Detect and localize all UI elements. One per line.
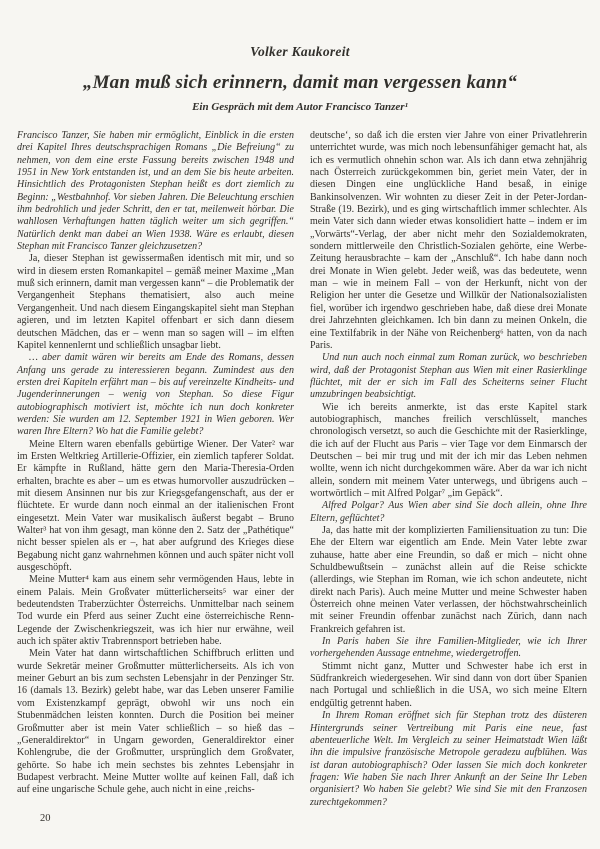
interview-question: Francisco Tanzer, Sie haben mir ermöglic… [17, 130, 294, 253]
interview-question: … aber damit wären wir bereits am Ende d… [17, 352, 294, 438]
interview-answer: Meine Mutter⁴ kam aus einem sehr vermöge… [17, 574, 294, 648]
page-title: „Man muß sich erinnern, damit man verges… [0, 72, 600, 94]
interview-question: Und nun auch noch einmal zum Roman zurüc… [310, 352, 587, 401]
page-number: 20 [40, 813, 51, 824]
left-column: Francisco Tanzer, Sie haben mir ermöglic… [17, 130, 294, 809]
interview-question: Alfred Polgar? Aus Wien aber sind Sie do… [310, 500, 587, 525]
interview-question: In Paris haben Sie ihre Familien-Mitglie… [310, 636, 587, 661]
article-subtitle: Ein Gespräch mit dem Autor Francisco Tan… [0, 101, 600, 113]
interview-answer: Meine Eltern waren ebenfalls gebürtige W… [17, 439, 294, 575]
interview-answer: Mein Vater hat dann wirtschaftlichen Sch… [17, 648, 294, 796]
interview-answer: Stimmt nicht ganz, Mutter und Schwester … [310, 661, 587, 710]
interview-answer: Ja, das hatte mit der komplizierten Fami… [310, 525, 587, 636]
interview-answer: Wie ich bereits anmerkte, ist das erste … [310, 402, 587, 501]
interview-question: In Ihrem Roman eröffnet sich für Stephan… [310, 710, 587, 809]
interview-answer: Ja, dieser Stephan ist gewissermaßen ide… [17, 253, 294, 352]
document-page: Volker Kaukoreit „Man muß sich erinnern,… [0, 0, 600, 849]
text-columns: Francisco Tanzer, Sie haben mir ermöglic… [17, 130, 587, 809]
right-column: deutsche‘, so daß ich die ersten vier Ja… [310, 130, 587, 809]
author-name: Volker Kaukoreit [0, 44, 600, 60]
interview-answer-continued: deutsche‘, so daß ich die ersten vier Ja… [310, 130, 587, 352]
